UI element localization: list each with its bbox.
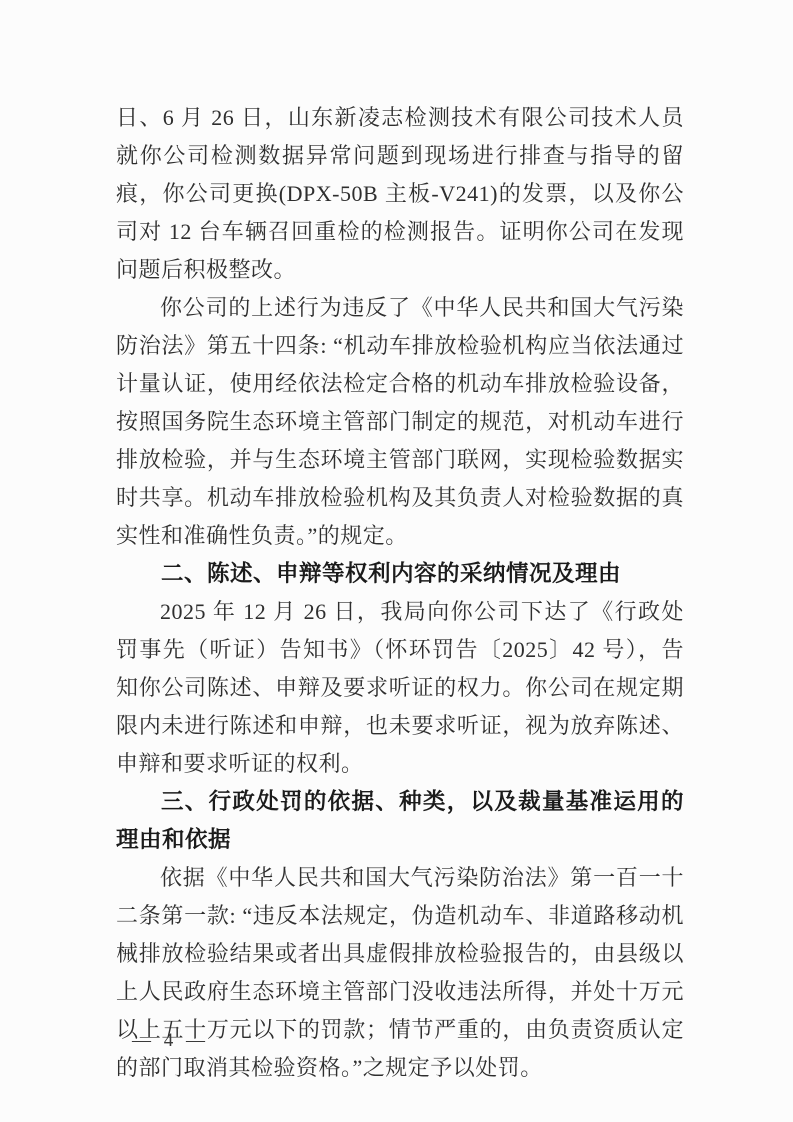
section-heading-statement-rights: 二、陈述、申辩等权利内容的采纳情况及理由: [116, 555, 684, 593]
document-page: 日、6 月 26 日，山东新凌志检测技术有限公司技术人员就你公司检测数据异常问题…: [0, 0, 793, 1122]
paragraph-hearing-notice: 2025 年 12 月 26 日，我局向你公司下达了《行政处罚事先（听证）告知书…: [116, 593, 684, 783]
paragraph-evidence-continuation: 日、6 月 26 日，山东新凌志检测技术有限公司技术人员就你公司检测数据异常问题…: [116, 99, 684, 289]
paragraph-penalty-clause: 依据《中华人民共和国大气污染防治法》第一百一十二条第一款: “违反本法规定，伪造…: [116, 859, 684, 1087]
page-number: — 4 —: [132, 1030, 209, 1052]
section-heading-penalty-basis: 三、行政处罚的依据、种类，以及裁量基准运用的理由和依据: [116, 783, 684, 859]
paragraph-violation-clause: 你公司的上述行为违反了《中华人民共和国大气污染防治法》第五十四条: “机动车排放…: [116, 289, 684, 555]
document-body: 日、6 月 26 日，山东新凌志检测技术有限公司技术人员就你公司检测数据异常问题…: [116, 99, 684, 1087]
